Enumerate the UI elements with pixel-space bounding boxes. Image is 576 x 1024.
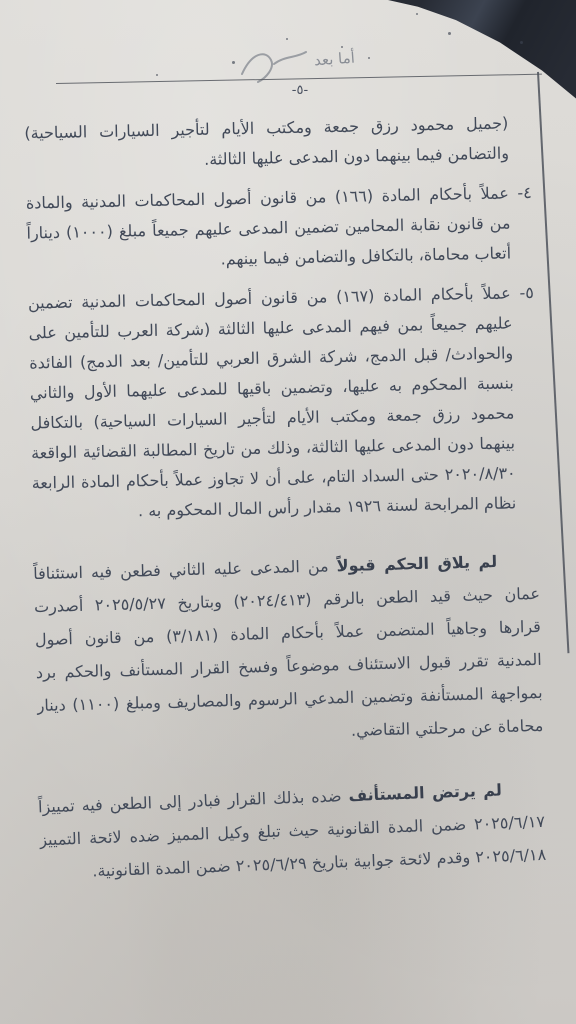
bold-lead: لم يرتض المستأنف	[348, 780, 502, 805]
ink-dot	[520, 41, 523, 44]
document-photo: أما بعد -٥- (جميل محمود رزق جمعة ومكتب ا…	[0, 0, 576, 1024]
text-block: (جميل محمود رزق جمعة ومكتب الأيام لتأجير…	[24, 108, 546, 891]
paragraph: ٥- عملاً بأحكام المادة (١٦٧) من قانون أص…	[28, 278, 539, 529]
ink-dot	[286, 38, 288, 40]
ink-dot	[156, 74, 158, 76]
ink-dot	[416, 13, 418, 15]
ink-dot	[341, 46, 343, 48]
paragraph: ٤- عملاً بأحكام المادة (١٦٦) من قانون أص…	[26, 178, 534, 279]
ink-dot	[232, 61, 235, 64]
ink-dot	[368, 57, 370, 59]
ink-dot	[448, 32, 451, 35]
page-number: -٥-	[266, 83, 334, 98]
handwritten-note: أما بعد	[313, 49, 355, 70]
paragraph: (جميل محمود رزق جمعة ومكتب الأيام لتأجير…	[24, 108, 531, 179]
paragraph: لم يلاق الحكم قبولاً من المدعى عليه الثا…	[33, 544, 544, 755]
paragraph: لم يرتض المستأنف ضده بذلك القرار فبادر إ…	[37, 772, 546, 889]
bold-lead: لم يلاق الحكم قبولاً	[336, 552, 497, 575]
